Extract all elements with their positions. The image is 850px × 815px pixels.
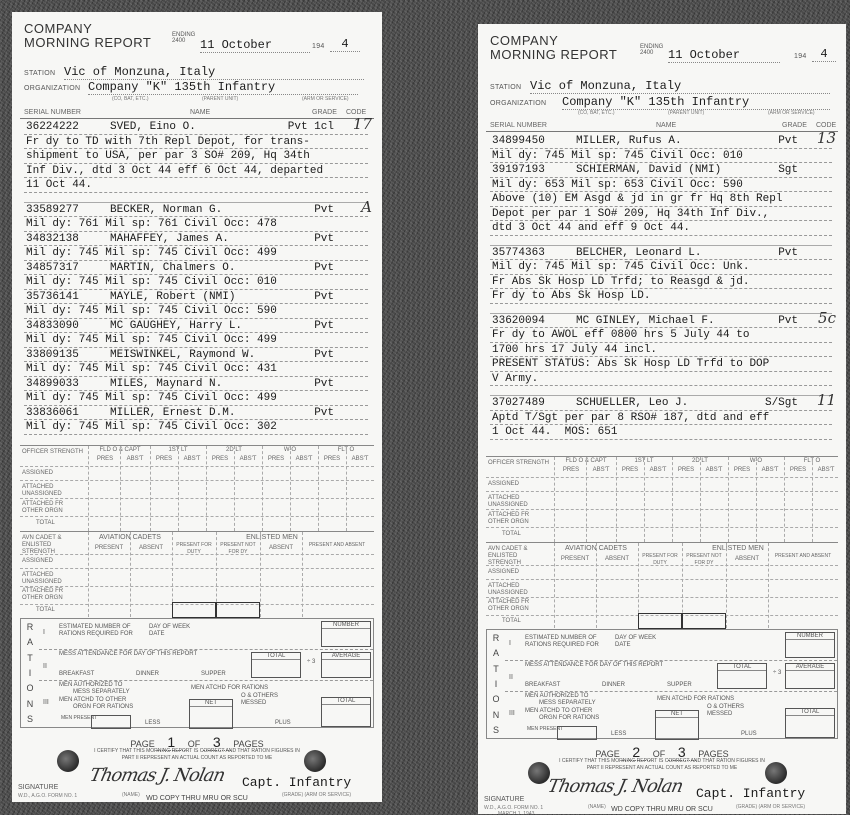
col-sub: PRES xyxy=(556,467,586,474)
entry-detail: Mil dy: 653 Mil sp: 653 Civil Occ: 590 xyxy=(492,178,743,193)
section-num: II xyxy=(509,674,513,681)
grade: Pvt xyxy=(314,290,334,305)
list-item: 35774363BELCHER, Leonard L.Pvt Mil dy: 7… xyxy=(490,246,832,314)
entries-list: 36224222SVED, Eino O.Pvt 1cl17 Fr dy to … xyxy=(24,120,368,435)
col-sub: PRES xyxy=(672,467,700,474)
soldier-name: MEISWINKEL, Raymond W. xyxy=(110,348,255,363)
entry-detail: Mil dy: 745 Mil sp: 745 Civil Occ: 499 xyxy=(26,333,277,348)
punch-hole-icon xyxy=(57,750,79,772)
entry-detail: Fr Abs Sk Hosp LD Trfd; to Reasgd & jd. xyxy=(492,275,749,290)
footer-note: WD COPY THRU MRU OR SCU xyxy=(12,795,382,802)
serial-number: 33836061 xyxy=(26,406,79,421)
divide-label: ÷ 3 xyxy=(307,659,315,666)
col-group: ENLISTED MEN xyxy=(638,545,838,552)
section-num: II xyxy=(43,663,47,670)
soldier-name: MILES, Maynard N. xyxy=(110,377,222,392)
serial-number: 37027489 xyxy=(492,396,545,411)
col-sub: ABS'T xyxy=(700,467,728,474)
rations-side-label: RATIONS xyxy=(21,619,39,727)
o-others-label: O & OTHERSMESSED xyxy=(241,693,278,707)
soldier-name: MC GAUGHEY, Harry L. xyxy=(110,319,242,334)
grade: Sgt xyxy=(778,163,798,178)
men-atchd-other-label: MEN ATCHD TO OTHERORGN FOR RATIONS xyxy=(525,708,599,722)
officer-strength-table: OFFICER STRENGTH FLD O & CAPT 1ST LT 2D … xyxy=(486,456,838,542)
breakfast-label: BREAKFAST xyxy=(59,671,94,678)
net-box[interactable]: NET xyxy=(655,710,699,740)
men-atchd-other-label: MEN ATCHD TO OTHERORGN FOR RATIONS xyxy=(59,697,133,711)
entry-detail: Inf Div., dtd 3 Oct 44 eff 6 Oct 44, dep… xyxy=(26,164,323,179)
col-sub: PRES xyxy=(318,456,346,463)
supper-label: SUPPER xyxy=(201,671,226,678)
list-item: 37027489SCHUELLER, Leo J.S/Sgt11 Aptd T/… xyxy=(490,396,832,440)
col-sub: ABSENT xyxy=(596,556,638,563)
officer-strength-table: OFFICER STRENGTH FLD O & CAPT 1ST LT 2D … xyxy=(20,445,374,531)
code: 11 xyxy=(817,393,836,408)
code: 13 xyxy=(817,131,836,146)
men-present-box[interactable] xyxy=(557,726,597,740)
col-sub: ABS'T xyxy=(586,467,616,474)
row-label: ATTACHED FR OTHER ORGN xyxy=(488,512,548,526)
org-sublabel: (ARM OR SERVICE) xyxy=(302,96,349,102)
station-value: Vic of Monzuna, Italy xyxy=(64,66,364,80)
o-others-label: O & OTHERSMESSED xyxy=(707,704,744,718)
section-num: I xyxy=(509,640,511,647)
col-sub: ABSENT xyxy=(130,545,172,552)
row-label: ATTACHED FR OTHER ORGN xyxy=(22,588,82,602)
col-sub: ABS'T xyxy=(290,456,318,463)
col-group: ENLISTED MEN xyxy=(172,534,372,541)
serial-number: 35774363 xyxy=(492,246,545,261)
grade: Pvt xyxy=(314,406,334,421)
entry-detail: Mil dy: 761 Mil sp: 761 Civil Occ: 478 xyxy=(26,217,277,232)
row-label: TOTAL xyxy=(36,607,55,614)
grade: Pvt xyxy=(314,232,334,247)
section-num: III xyxy=(43,699,49,706)
col-sub: PRESENT AND ABSENT xyxy=(302,542,372,549)
serial-number: 34832138 xyxy=(26,232,79,247)
soldier-name: MILLER, Ernest D.M. xyxy=(110,406,235,421)
mess-separately-label: MEN AUTHORIZED TOMESS SEPARATELY xyxy=(59,682,130,696)
ending-label: ENDING2400 xyxy=(172,32,195,44)
rations-estimate-label: ESTIMATED NUMBER OFRATIONS REQUIRED FOR xyxy=(525,635,599,649)
soldier-name: BELCHER, Leonard L. xyxy=(576,246,701,261)
serial-number: 34857317 xyxy=(26,261,79,276)
row-label: ATTACHED UNASSIGNED xyxy=(22,572,82,586)
col-serial: SERIAL NUMBER xyxy=(24,109,81,116)
entry-detail: Mil dy: 745 Mil sp: 745 Civil Occ: 499 xyxy=(26,391,277,406)
serial-number: 39197193 xyxy=(492,163,545,178)
total-box[interactable]: TOTAL xyxy=(251,652,301,678)
entry-detail: Mil dy: 745 Mil sp: 745 Civil Occ: 010 xyxy=(492,149,743,164)
officer-strength-label: OFFICER STRENGTH xyxy=(22,449,83,456)
soldier-name: SCHIERMAN, David (NMI) xyxy=(576,163,721,178)
list-item: 34832138MAHAFFEY, James A.Pvt Mil dy: 74… xyxy=(24,232,368,261)
entries-list: 34899450MILLER, Rufus A.Pvt13 Mil dy: 74… xyxy=(490,134,832,440)
row-label: TOTAL xyxy=(502,618,521,625)
number-box[interactable]: NUMBER xyxy=(785,632,835,658)
soldier-name: SVED, Eino O. xyxy=(110,120,196,135)
form-title: COMPANY MORNING REPORT xyxy=(490,34,617,62)
entry-detail: Mil dy: 745 Mil sp: 745 Civil Occ: 010 xyxy=(26,275,277,290)
enlisted-strength-table: AVN CADET & ENLISTED STRENGTH AVIATION C… xyxy=(486,542,838,628)
soldier-name: MAYLE, Robert (NMI) xyxy=(110,290,235,305)
rations-side-label: RATIONS xyxy=(487,630,505,738)
col-sub: ABSENT xyxy=(726,556,768,563)
entry-detail: Mil dy: 745 Mil sp: 745 Civil Occ: 302 xyxy=(26,420,277,435)
organization-label: ORGANIZATION xyxy=(490,100,546,107)
org-sublabel: (CO, BAT, ETC.) xyxy=(578,110,615,116)
report-date: 11 October xyxy=(668,49,780,63)
dinner-label: DINNER xyxy=(602,682,625,689)
organization-value: Company "K" 135th Infantry xyxy=(562,96,830,110)
entry-detail: Mil dy: 745 Mil sp: 745 Civil Occ: 590 xyxy=(26,304,277,319)
entry-detail: 11 Oct 44. xyxy=(26,178,92,193)
morning-report-page-2: COMPANY MORNING REPORT ENDING2400 11 Oct… xyxy=(478,24,846,814)
row-label: ATTACHED FR OTHER ORGN xyxy=(488,599,548,613)
ending-label: ENDING2400 xyxy=(640,44,663,56)
entry-detail: 1700 hrs 17 July 44 incl. xyxy=(492,343,657,358)
entry-detail: V Army. xyxy=(492,372,538,387)
list-item: 36224222SVED, Eino O.Pvt 1cl17 Fr dy to … xyxy=(24,120,368,203)
soldier-name: MAHAFFEY, James A. xyxy=(110,232,229,247)
org-sublabel: (PARENT UNIT) xyxy=(202,96,238,102)
row-label: ASSIGNED xyxy=(488,569,519,576)
entry-detail: dtd 3 Oct 44 and eff 9 Oct 44. xyxy=(492,221,690,236)
col-sub: PRESENT xyxy=(554,556,596,563)
code: A xyxy=(361,200,372,215)
list-item: 35736141MAYLE, Robert (NMI)Pvt Mil dy: 7… xyxy=(24,290,368,319)
serial-number: 33620094 xyxy=(492,314,545,329)
footer-note: WD COPY THRU MRU OR SCU xyxy=(478,806,846,813)
col-name: NAME xyxy=(656,122,676,129)
serial-number: 34833090 xyxy=(26,319,79,334)
signer-grade: Capt. Infantry xyxy=(242,775,351,790)
mess-attendance-label: MESS ATTENDANCE FOR DAY OF THIS REPORT xyxy=(525,662,663,669)
entry-detail: Mil dy: 745 Mil sp: 745 Civil Occ: Unk. xyxy=(492,260,749,275)
row-label: TOTAL xyxy=(36,520,55,527)
list-item: 34899033MILES, Maynard N.Pvt Mil dy: 745… xyxy=(24,377,368,406)
year-prefix: 194 xyxy=(794,53,807,60)
dinner-label: DINNER xyxy=(136,671,159,678)
average-box[interactable]: AVERAGE xyxy=(785,663,835,689)
col-sub: PRES xyxy=(262,456,290,463)
men-atchd-for-rations-label: MEN ATCHD FOR RATIONS xyxy=(191,685,268,692)
men-atchd-for-rations-label: MEN ATCHD FOR RATIONS xyxy=(657,696,734,703)
total-rations-box[interactable]: TOTAL xyxy=(321,697,371,727)
officer-strength-label: OFFICER STRENGTH xyxy=(488,460,549,467)
org-sublabel: (CO, BAT, ETC.) xyxy=(112,96,149,102)
col-sub: PRESENT AND ABSENT xyxy=(768,553,838,560)
entry-detail: Aptd T/Sgt per par 8 RSO# 187, dtd and e… xyxy=(492,411,769,426)
org-sublabel: (ARM OR SERVICE) xyxy=(768,110,815,116)
column-header: SERIAL NUMBER NAME GRADE CODE xyxy=(20,107,374,119)
entry-detail: 1 Oct 44. MOS: 651 xyxy=(492,425,617,440)
grade: Pvt xyxy=(778,314,798,329)
serial-number: 34899033 xyxy=(26,377,79,392)
serial-number: 33809135 xyxy=(26,348,79,363)
year-prefix: 194 xyxy=(312,43,325,50)
section-num: III xyxy=(509,710,515,717)
soldier-name: MC GINLEY, Michael F. xyxy=(576,314,715,329)
men-present-box[interactable] xyxy=(91,715,131,729)
punch-hole-icon xyxy=(528,762,550,784)
mess-attendance-label: MESS ATTENDANCE FOR DAY OF THIS REPORT xyxy=(59,651,197,658)
grade: Pvt xyxy=(778,246,798,261)
serial-number: 33589277 xyxy=(26,203,79,218)
section-num: I xyxy=(43,629,45,636)
rations-section: RATIONS I ESTIMATED NUMBER OFRATIONS REQ… xyxy=(486,629,838,739)
list-item: 33589277BECKER, Norman G.PvtA Mil dy: 76… xyxy=(24,203,368,232)
soldier-name: SCHUELLER, Leo J. xyxy=(576,396,688,411)
net-box[interactable]: NET xyxy=(189,699,233,729)
report-year: 4 xyxy=(330,38,360,52)
row-label: ATTACHED UNASSIGNED xyxy=(22,484,82,498)
col-sub: ABS'T xyxy=(756,467,784,474)
row-label: ASSIGNED xyxy=(22,558,53,565)
total-rations-box[interactable]: TOTAL xyxy=(785,708,835,738)
entry-detail: PRESENT STATUS: Abs Sk Hosp LD Trfd to D… xyxy=(492,357,769,372)
row-label: ASSIGNED xyxy=(488,481,519,488)
col-sub: PRES xyxy=(90,456,120,463)
report-year: 4 xyxy=(812,48,836,62)
average-box[interactable]: AVERAGE xyxy=(321,652,371,678)
enlisted-strength-label: AVN CADET & ENLISTED STRENGTH xyxy=(22,535,82,556)
grade: Pvt 1cl xyxy=(288,120,334,135)
enlisted-strength-table: AVN CADET & ENLISTED STRENGTH AVIATION C… xyxy=(20,531,374,617)
signature: Thomas J. Nolan xyxy=(88,765,227,786)
organization-label: ORGANIZATION xyxy=(24,85,80,92)
station-label: STATION xyxy=(24,70,55,77)
row-label: ASSIGNED xyxy=(22,470,53,477)
certification-text: I CERTIFY THAT THIS MORNING REPORT IS CO… xyxy=(92,748,302,762)
less-label: LESS xyxy=(611,731,626,738)
entry-detail: Above (10) EM Asgd & jd in gr fr Hq 8th … xyxy=(492,192,782,207)
total-box[interactable]: TOTAL xyxy=(717,663,767,689)
col-sub: ABS'T xyxy=(120,456,150,463)
grade: Pvt xyxy=(314,377,334,392)
entry-detail: Fr dy to TD with 7th Repl Depot, for tra… xyxy=(26,135,310,150)
signature-label: SIGNATURE xyxy=(18,784,58,791)
station-value: Vic of Monzuna, Italy xyxy=(530,80,830,94)
number-box[interactable]: NUMBER xyxy=(321,621,371,647)
certification-text: I CERTIFY THAT THIS MORNING REPORT IS CO… xyxy=(558,758,766,772)
col-sub: PRES xyxy=(616,467,644,474)
grade: Pvt xyxy=(314,319,334,334)
day-date-label: DAY OF WEEKDATE xyxy=(615,635,656,649)
org-sublabel: (PARENT UNIT) xyxy=(668,110,704,116)
list-item: 33620094MC GINLEY, Michael F.Pvt5c Fr dy… xyxy=(490,314,832,397)
col-sub: ABS'T xyxy=(644,467,672,474)
plus-label: PLUS xyxy=(741,731,757,738)
col-grade: GRADE xyxy=(782,122,807,129)
punch-hole-icon xyxy=(304,750,326,772)
morning-report-page-1: COMPANY MORNING REPORT ENDING2400 11 Oct… xyxy=(12,12,382,802)
day-date-label: DAY OF WEEKDATE xyxy=(149,624,190,638)
row-label: ATTACHED UNASSIGNED xyxy=(488,495,548,509)
mess-separately-label: MEN AUTHORIZED TOMESS SEPARATELY xyxy=(525,693,596,707)
soldier-name: BECKER, Norman G. xyxy=(110,203,222,218)
col-name: NAME xyxy=(190,109,210,116)
code: 17 xyxy=(353,117,372,132)
form-title: COMPANY MORNING REPORT xyxy=(24,22,151,50)
punch-hole-icon xyxy=(765,762,787,784)
station-label: STATION xyxy=(490,84,521,91)
grade: Pvt xyxy=(778,134,798,149)
serial-number: 35736141 xyxy=(26,290,79,305)
grade: Pvt xyxy=(314,203,334,218)
supper-label: SUPPER xyxy=(667,682,692,689)
list-item: 34857317MARTIN, Chalmers O.Pvt Mil dy: 7… xyxy=(24,261,368,290)
list-item: 33836061MILLER, Ernest D.M.Pvt Mil dy: 7… xyxy=(24,406,368,435)
grade: S/Sgt xyxy=(765,396,798,411)
entry-detail: Fr dy to Abs Sk Hosp LD. xyxy=(492,289,650,304)
col-sub: PRES xyxy=(784,467,812,474)
col-sub: PRES xyxy=(728,467,756,474)
entry-detail: Mil dy: 745 Mil sp: 745 Civil Occ: 499 xyxy=(26,246,277,261)
column-header: SERIAL NUMBER NAME GRADE CODE xyxy=(486,120,838,132)
rations-estimate-label: ESTIMATED NUMBER OFRATIONS REQUIRED FOR xyxy=(59,624,133,638)
list-item: 33809135MEISWINKEL, Raymond W.Pvt Mil dy… xyxy=(24,348,368,377)
entry-detail: Mil dy: 745 Mil sp: 745 Civil Occ: 431 xyxy=(26,362,277,377)
col-sub: ABSENT xyxy=(260,545,302,552)
col-sub: ABS'T xyxy=(346,456,374,463)
entry-detail: Depot per par 1 SO# 209, Hq 34th Inf Div… xyxy=(492,207,769,222)
col-sub: PRES xyxy=(206,456,234,463)
soldier-name: MARTIN, Chalmers O. xyxy=(110,261,235,276)
enlisted-strength-label: AVN CADET & ENLISTED STRENGTH xyxy=(488,546,548,567)
rations-section: RATIONS I ESTIMATED NUMBER OFRATIONS REQ… xyxy=(20,618,374,728)
row-label: ATTACHED FR OTHER ORGN xyxy=(22,501,82,515)
signature-label: SIGNATURE xyxy=(484,796,524,803)
soldier-name: MILLER, Rufus A. xyxy=(576,134,682,149)
report-date: 11 October xyxy=(200,39,310,53)
col-sub: ABS'T xyxy=(178,456,206,463)
col-sub: PRES xyxy=(150,456,178,463)
entry-detail: shipment to USA, per par 3 SO# 209, Hq 3… xyxy=(26,149,310,164)
col-serial: SERIAL NUMBER xyxy=(490,122,547,129)
list-item: 34833090MC GAUGHEY, Harry L.Pvt Mil dy: … xyxy=(24,319,368,348)
less-label: LESS xyxy=(145,720,160,727)
col-sub: ABS'T xyxy=(234,456,262,463)
list-item: 39197193SCHIERMAN, David (NMI)Sgt Mil dy… xyxy=(490,163,832,246)
code: 5c xyxy=(818,311,836,326)
serial-number: 34899450 xyxy=(492,134,545,149)
plus-label: PLUS xyxy=(275,720,291,727)
row-label: ATTACHED UNASSIGNED xyxy=(488,583,548,597)
serial-number: 36224222 xyxy=(26,120,79,135)
entry-detail: Fr dy to AWOL eff 0800 hrs 5 July 44 to xyxy=(492,328,749,343)
grade: Pvt xyxy=(314,348,334,363)
divide-label: ÷ 3 xyxy=(773,670,781,677)
organization-value: Company "K" 135th Infantry xyxy=(88,81,358,95)
signature: Thomas J. Nolan xyxy=(546,776,685,797)
list-item: 34899450MILLER, Rufus A.Pvt13 Mil dy: 74… xyxy=(490,134,832,163)
signer-grade: Capt. Infantry xyxy=(696,786,805,801)
col-sub: ABS'T xyxy=(812,467,840,474)
row-label: TOTAL xyxy=(502,531,521,538)
col-code: CODE xyxy=(816,122,836,129)
breakfast-label: BREAKFAST xyxy=(525,682,560,689)
grade: Pvt xyxy=(314,261,334,276)
col-sub: PRESENT xyxy=(88,545,130,552)
col-grade: GRADE xyxy=(312,109,337,116)
